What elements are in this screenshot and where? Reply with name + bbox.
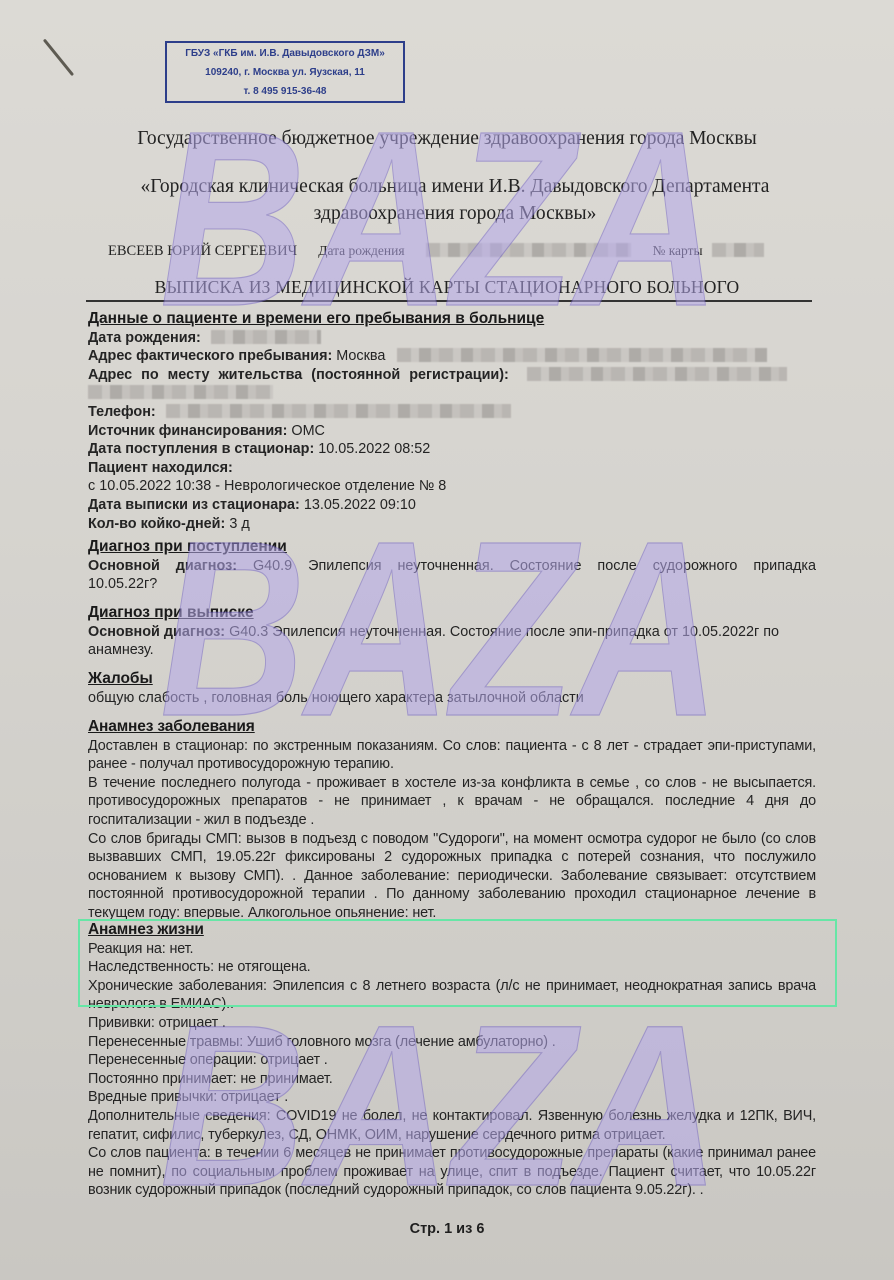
disease-history-paragraph: Со слов бригады СМП: вызов в подъезд с п… [88, 830, 816, 923]
life-history-line: Дополнительные сведения: COVID19 не боле… [88, 1107, 816, 1144]
bed-days-row: Кол-во койко-дней: 3 д [88, 515, 816, 534]
redacted-phone [166, 404, 511, 418]
complaints-text: общую слабость , головная боль ноющего х… [88, 689, 816, 708]
staple-mark [43, 39, 74, 77]
redacted-dob [426, 243, 631, 257]
document-title: ВЫПИСКА ИЗ МЕДИЦИНСКОЙ КАРТЫ СТАЦИОНАРНО… [0, 277, 894, 298]
redacted-card-number [712, 243, 764, 257]
section-life-history: Анамнез жизни Реакция на: нет. Наследств… [88, 921, 816, 1200]
life-history-line: Со слов пациента: в течении 6 месяцев не… [88, 1144, 816, 1200]
section-heading: Диагноз при поступлении [88, 538, 816, 557]
phone-row: Телефон: [88, 403, 816, 422]
registration-address-cont [88, 384, 816, 403]
stay-value: с 10.05.2022 10:38 - Неврологическое отд… [88, 477, 816, 496]
registration-address-row: Адрес по месту жительства (постоянной ре… [88, 366, 816, 385]
redacted-actual-address [397, 348, 767, 362]
discharge-row: Дата выписки из стационара: 13.05.2022 0… [88, 496, 816, 515]
organization-name: Государственное бюджетное учреждение здр… [0, 128, 894, 150]
life-history-line: Прививки: отрицает . [88, 1014, 816, 1033]
section-diagnosis-admission: Диагноз при поступлении Основной диагноз… [88, 538, 816, 594]
patient-header-line: ЕВСЕЕВ ЮРИЙ СЕРГЕЕВИЧ Дата рождения № ка… [108, 243, 764, 260]
life-history-line: Хронические заболевания: Эпилепсия с 8 л… [88, 977, 816, 1014]
section-heading: Жалобы [88, 670, 816, 689]
life-history-line: Вредные привычки: отрицает . [88, 1088, 816, 1107]
section-heading: Диагноз при выписке [88, 604, 816, 623]
life-history-line: Реакция на: нет. [88, 940, 816, 959]
hospital-stamp: ГБУЗ «ГКБ им. И.В. Давыдовского ДЗМ» 109… [165, 41, 405, 103]
funding-row: Источник финансирования: ОМС [88, 422, 816, 441]
section-complaints: Жалобы общую слабость , головная боль но… [88, 670, 816, 707]
section-patient-data: Данные о пациенте и времени его пребыван… [88, 310, 816, 533]
section-diagnosis-discharge: Диагноз при выписке Основной диагноз: G4… [88, 604, 816, 660]
life-history-line: Наследственность: не отягощена. [88, 958, 816, 977]
section-disease-history: Анамнез заболевания Доставлен в стациона… [88, 718, 816, 923]
redacted-registration-address [527, 367, 787, 381]
redacted-registration-address-2 [88, 385, 273, 399]
patient-name: ЕВСЕЕВ ЮРИЙ СЕРГЕЕВИЧ [108, 243, 297, 259]
redacted-dob-value [211, 330, 321, 344]
stamp-line-3: т. 8 495 915-36-48 [167, 82, 403, 101]
section-heading: Данные о пациенте и времени его пребыван… [88, 310, 816, 329]
disease-history-paragraph: В течение последнего полугода - проживае… [88, 774, 816, 830]
life-history-line: Перенесенные операции: отрицает . [88, 1051, 816, 1070]
card-number-label: № карты [652, 243, 702, 258]
disease-history-paragraph: Доставлен в стационар: по экстренным пок… [88, 737, 816, 774]
diagnosis-admission-text: Основной диагноз: G40.9 Эпилепсия неуточ… [88, 557, 816, 594]
section-heading: Анамнез жизни [88, 921, 816, 940]
section-heading: Анамнез заболевания [88, 718, 816, 737]
diagnosis-discharge-text: Основной диагноз: G40.3 Эпилепсия неуточ… [88, 623, 816, 660]
admission-row: Дата поступления в стационар: 10.05.2022… [88, 440, 816, 459]
hospital-name: «Городская клиническая больница имени И.… [100, 173, 810, 227]
stamp-line-1: ГБУЗ «ГКБ им. И.В. Давыдовского ДЗМ» [167, 44, 403, 63]
life-history-line: Перенесенные травмы: Ушиб головного мозг… [88, 1033, 816, 1052]
page-number: Стр. 1 из 6 [0, 1221, 894, 1237]
title-divider [86, 300, 812, 302]
stamp-line-2: 109240, г. Москва ул. Яузская, 11 [167, 63, 403, 82]
life-history-line: Постоянно принимает: не принимает. [88, 1070, 816, 1089]
stay-label: Пациент находился: [88, 459, 816, 478]
actual-address-row: Адрес фактического пребывания: Москва [88, 347, 816, 366]
dob-row: Дата рождения: [88, 329, 816, 348]
dob-header-label: Дата рождения [318, 243, 404, 258]
